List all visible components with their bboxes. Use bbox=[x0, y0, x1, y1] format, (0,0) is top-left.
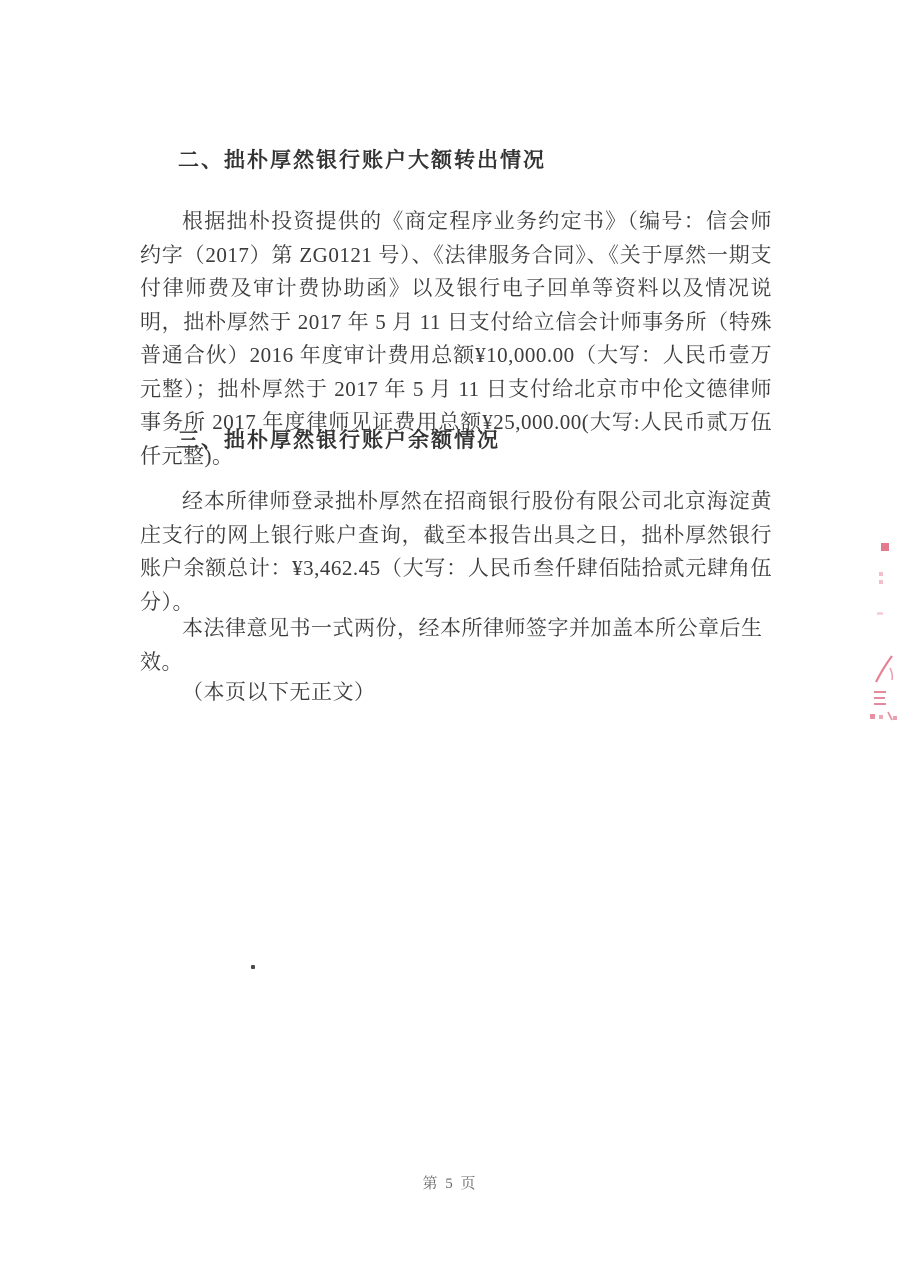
red-seal-fragment-dots bbox=[879, 572, 884, 586]
red-seal-fragment-strokes bbox=[862, 654, 900, 728]
closing-no-more-text-note: （本页以下无正文） bbox=[140, 676, 772, 710]
page-number-footer: 第 5 页 bbox=[0, 1172, 900, 1193]
section-heading-bank-transfers: 二、拙朴厚然银行账户大额转出情况 bbox=[178, 144, 546, 174]
red-seal-fragment-square bbox=[881, 543, 889, 551]
closing-effectiveness-note: 本法律意见书一式两份，经本所律师签字并加盖本所公章后生效。 bbox=[140, 612, 772, 679]
paragraph-account-balance: 经本所律师登录拙朴厚然在招商银行股份有限公司北京海淀黄庄支行的网上银行账户查询，… bbox=[140, 485, 772, 619]
section-heading-account-balance: 三、拙朴厚然银行账户余额情况 bbox=[178, 424, 500, 454]
document-page: 二、拙朴厚然银行账户大额转出情况 根据拙朴投资提供的《商定程序业务约定书》（编号… bbox=[0, 0, 900, 1273]
scan-speck bbox=[251, 965, 255, 969]
red-seal-fragment-faint-mark bbox=[877, 612, 883, 615]
